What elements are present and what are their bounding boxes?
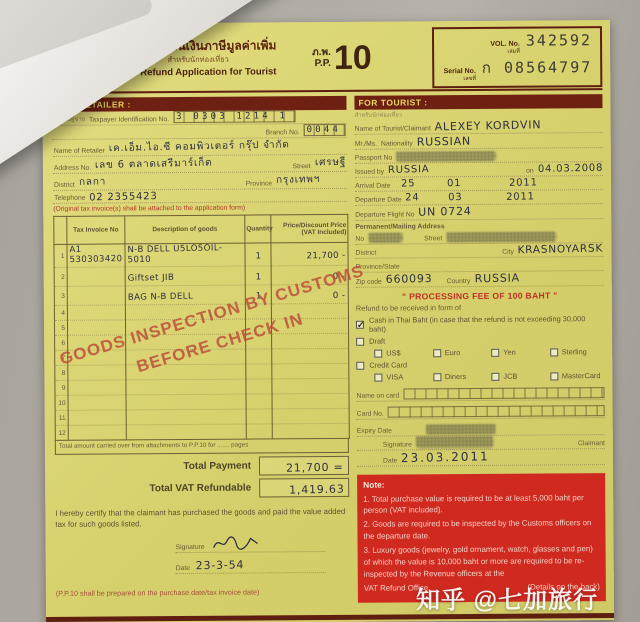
passport-label: Passport No [355,155,392,162]
form-code-thai: ภ.พ. [312,46,331,58]
euro-checkbox [433,349,441,357]
card-no-cells [388,405,605,418]
retailer-name-value: เค.เอ็ม.ไอ.ซี คอมพิวเตอร์ กรุ๊ป จำกัด [109,136,346,156]
cell-desc [126,409,246,425]
retailer-signature-scribble [211,534,263,550]
claimant-signature-label: Signature [383,441,412,448]
district-label: District [54,182,75,189]
claimant-label: Claimant [578,440,605,447]
mailing-district-label: District [355,250,376,257]
cell-qty [245,304,271,319]
taxpayer-id-label: Taxpayer Identification No. [89,116,169,124]
watermark: 知乎 @七加旅行 [416,580,598,615]
option-euro: Euro [433,348,488,357]
cell-desc [126,334,246,350]
departure-label: Departure Date [355,196,402,203]
signature-label: Signature [176,544,205,551]
cell-invoice: A1 530303420 [67,244,125,267]
draft-currencies: US$ Euro Yen Sterling [374,347,604,358]
censored-street [446,231,556,242]
cell-invoice [68,335,126,350]
sterling-label: Sterling [562,347,587,356]
usd-label: US$ [386,348,400,357]
field-claimant-date: Date 23.03.2011 [357,449,605,467]
certification-text: I hereby certify that the claimant has p… [55,507,349,530]
goods-row: 12 [55,423,349,440]
vat-refund-form: คำร้องขอคืนเงินภาษีมูลค่าเพิ่ม สำหรับนัก… [42,20,614,622]
telephone-value: 02 2355423 [89,187,346,203]
goods-table: Tax Invoice No Description of goods Quan… [53,214,350,441]
total-vat-label: Total VAT Refundable [149,483,251,495]
district-value: กลกา [79,171,242,189]
retailer-date-value: 23-3-54 [196,558,245,572]
field-card-no: Card No. [357,404,605,420]
vol-label: VOL. No.เล่มที่ [490,40,520,55]
departure-year: 2011 [506,191,535,203]
refund-form-header: Refund to be received in form of [356,302,604,313]
arrival-day: 25 [400,178,415,189]
retailer-section: FOR RETAILER : สำหรับผู้ขาย Taxpayer Ide… [52,96,350,605]
taxpayer-id-value: 3 0303 1214 1 [174,111,288,122]
cell-desc: N-B DELL U5LO5OIL-5010 [125,243,245,267]
telephone-label: Telephone [54,195,85,202]
nationality-label: Nationality [381,140,413,147]
tourist-name-label: Name of Tourist/Claimant [355,125,431,133]
col-no-header [54,216,67,244]
cash-checkbox: ✓ [356,321,364,329]
cell-desc: BAG N-B DELL [125,285,245,305]
cell-desc [126,349,246,365]
retailer-signature-row: Signature [175,534,325,553]
cell-qty [246,334,272,349]
row-no: 11 [55,410,68,425]
option-draft: Draft [356,335,604,346]
diners-label: Diners [445,372,466,381]
total-vat-value: 1,419.63 [259,478,349,498]
option-sterling: Sterling [550,347,605,356]
nationality-value: RUSSIAN [417,132,603,149]
cell-invoice [68,425,126,440]
censored-address-no [368,232,402,242]
credit-card-brands: VISA Diners JCB MasterCard [374,371,604,382]
cell-desc [126,394,246,410]
mailing-no-label: No [355,236,364,243]
option-jcb: JCB [491,371,546,380]
cell-qty [246,409,272,424]
cell-price [272,423,349,439]
card-no-label: Card No. [357,411,384,418]
address-label: Address No. [54,165,91,172]
city-label: City [502,249,514,256]
cell-qty [246,394,272,409]
issued-date-value: 04.03.2008 [538,163,603,175]
total-payment-label: Total Payment [183,461,251,472]
cell-qty: 1 [245,243,271,266]
total-vat-row: Total VAT Refundable 1,419.63 [55,478,349,499]
country-label: Country [447,278,471,285]
cell-price [271,303,348,319]
cell-qty [246,424,272,439]
name-on-card-cells [403,387,604,399]
flight-label: Departure Flight No [355,211,414,218]
cell-price [272,348,349,364]
field-retailer-name: Name of Retailer เค.เอ็ม.ไอ.ซี คอมพิวเตอ… [53,138,347,157]
serial-number: ก 08564797 [482,55,593,80]
option-cash-thai-baht: ✓ Cash in Thai Baht (in case that the re… [356,314,604,334]
form-code-en: P.P. [312,58,331,70]
on-label: on [526,168,534,175]
date-label: Date [176,565,190,572]
visa-checkbox [374,373,382,381]
credit-card-label: Credit Card [369,360,407,369]
retailer-date-row: Date 23-3-54 [176,558,326,574]
field-name-on-card: Name on card [356,386,604,402]
row-no: 8 [55,365,68,380]
cell-desc [126,364,246,380]
street-label: Street [293,163,311,170]
cell-desc [126,379,246,395]
cell-price [272,363,349,379]
address-value: เลข 6 ตลาดเสรีมาร์เก็ต [95,154,288,173]
expiry-scribble [426,424,496,434]
cell-invoice [68,380,126,395]
cell-desc [125,319,245,335]
cell-qty: 1 [245,285,271,304]
row-no: 6 [55,335,68,350]
cell-invoice [67,305,125,320]
cell-price [272,408,349,424]
field-retailer-address: Address No. เลข 6 ตลาดเสรีมาร์เก็ต Stree… [53,155,347,174]
option-diners: Diners [433,372,488,381]
total-payment-row: Total Payment 21,700 = [55,456,349,477]
province-value: กรุงเทพฯ [276,171,346,187]
row-no: 9 [55,380,68,395]
cell-desc: Giftset JIB [125,266,245,286]
cell-price: 0 - [271,265,348,285]
goods-row: 1A1 530303420N-B DELL U5LO5OIL-5010121,7… [54,242,348,267]
claimant-date-label: Date [383,458,397,465]
row-no: 10 [55,395,68,410]
yen-checkbox [491,348,499,356]
cell-qty [246,364,272,379]
note-item-1: 1. Total purchase value is required to b… [363,492,599,517]
visa-label: VISA [386,372,403,381]
issued-by-value: RUSSIA [388,164,430,176]
col-qty-header: Quantity [245,215,271,243]
tourist-section: FOR TOURIST : สำหรับนักท่องเที่ยว Name o… [354,94,606,603]
vol-serial-box: VOL. No.เล่มที่ 342592 Serial No.เลขที่ … [432,26,602,88]
cell-invoice [68,350,126,365]
mailing-street-label: Street [424,235,442,242]
branch-cells: 0044 [304,124,346,136]
serial-label: Serial No.เลขที่ [444,67,476,82]
cash-option-label: Cash in Thai Baht (in case that the refu… [369,314,604,334]
goods-header-row: Tax Invoice No Description of goods Quan… [54,214,348,244]
option-mastercard: MasterCard [550,371,605,380]
cell-price: 0 - [271,284,348,304]
cell-price: 21,700 - [271,242,348,266]
country-value: RUSSIA [474,271,519,285]
province-state-label: Province/State [356,263,400,270]
jcb-checkbox [491,372,499,380]
option-credit-card: Credit Card [356,359,604,370]
cell-price [272,378,349,394]
draft-checkbox [356,337,364,345]
cell-qty [246,379,272,394]
usd-checkbox [374,349,382,357]
option-yen: Yen [491,347,546,356]
row-no: 4 [54,305,67,320]
cell-price [271,318,348,334]
cell-invoice [67,320,125,335]
field-flight-no: Departure Flight No UN 0724 [355,204,603,221]
option-usd: US$ [374,348,429,357]
col-desc-header: Description of goods [125,215,245,244]
mastercard-checkbox [550,372,558,380]
processing-fee-note: " PROCESSING FEE OF 100 BAHT " [356,290,604,302]
field-retailer-telephone: Telephone 02 2355423 [53,189,347,204]
claimant-date-value: 23.03.2011 [401,449,490,465]
departure-month: 03 [448,192,463,203]
pp10-footnote: (P.P.10 shall be prepared on the purchas… [56,587,350,598]
diners-checkbox [433,373,441,381]
claimant-signature-scribble [416,436,494,449]
jcb-label: JCB [503,372,517,381]
row-no: 3 [54,286,67,305]
note-item-3: 3. Luxury goods (jewelry, gold ornament,… [364,543,600,580]
name-on-card-label: Name on card [356,393,399,400]
tourist-name-value: ALEXEY KORDVIN [435,117,603,134]
credit-card-checkbox [356,361,364,369]
cell-qty [245,319,271,334]
arrival-label: Arrival Date [355,183,391,190]
cell-price [272,333,349,349]
cell-invoice [68,365,126,380]
censored-passport-number [396,151,496,162]
cell-qty: 1 [245,266,271,285]
mr-ms-label: Mr./Ms. [355,141,377,148]
col-price-header: Price/Discount Price (VAT Included) [271,214,348,243]
cell-desc [126,424,246,440]
province-label: Province [246,180,273,187]
branch-label: Branch No. [266,129,300,136]
row-no: 12 [55,425,68,440]
departure-day: 24 [406,192,421,203]
row-no: 2 [54,267,67,286]
expiry-label: Expiry Date [357,428,392,435]
zip-value: 660093 [386,272,433,286]
issued-by-label: Issued by [355,169,384,176]
field-zip-country: Zip code 660093 Country RUSSIA [356,271,604,288]
arrival-year: 2011 [509,177,538,189]
yen-label: Yen [503,348,516,357]
draft-option-label: Draft [369,337,385,346]
goods-row: 3BAG N-B DELL10 - [54,284,348,305]
col-invoice-header: Tax Invoice No [67,216,125,244]
goods-row: 2Giftset JIB10 - [54,265,348,286]
invoice-attach-note: (Original tax invoice(s) shall be attach… [53,204,347,213]
cell-invoice [67,267,125,286]
euro-label: Euro [445,348,461,357]
total-payment-value: 21,700 = [259,456,349,476]
mastercard-label: MasterCard [562,371,601,380]
retailer-name-label: Name of Retailer [54,148,105,155]
flight-value: UN 0724 [418,205,472,219]
vol-number: 342592 [526,31,592,49]
row-no: 1 [54,244,67,267]
note-item-2: 2. Goods are required to be inspected by… [363,517,599,542]
cell-price [272,393,349,409]
cell-desc [125,304,245,320]
cell-qty [246,349,272,364]
form-number: 10 [334,42,372,73]
street-value: เศรษฐี [314,155,346,171]
taxpayer-id-cells: 3 0303 1214 1 [173,110,295,123]
option-visa: VISA [374,372,429,381]
cell-invoice [68,410,126,425]
row-no: 5 [54,320,67,335]
arrival-month: 01 [447,178,462,189]
zip-label: Zip code [356,279,382,286]
field-nationality: Mr./Ms. Nationality RUSSIAN [355,133,603,150]
cell-invoice [67,286,125,305]
row-no: 7 [55,350,68,365]
note-title: Note: [363,477,599,491]
carry-over-note: Total amount carried over from attachmen… [55,439,349,455]
city-value: KRASNOYARSK [518,242,604,256]
branch-value: 0044 [305,125,342,135]
sterling-checkbox [550,348,558,356]
cell-invoice [68,395,126,410]
form-code: ภ.พ. P.P. 10 [312,42,372,73]
photo-background: คำร้องขอคืนเงินภาษีมูลค่าเพิ่ม สำหรับนัก… [0,0,640,622]
